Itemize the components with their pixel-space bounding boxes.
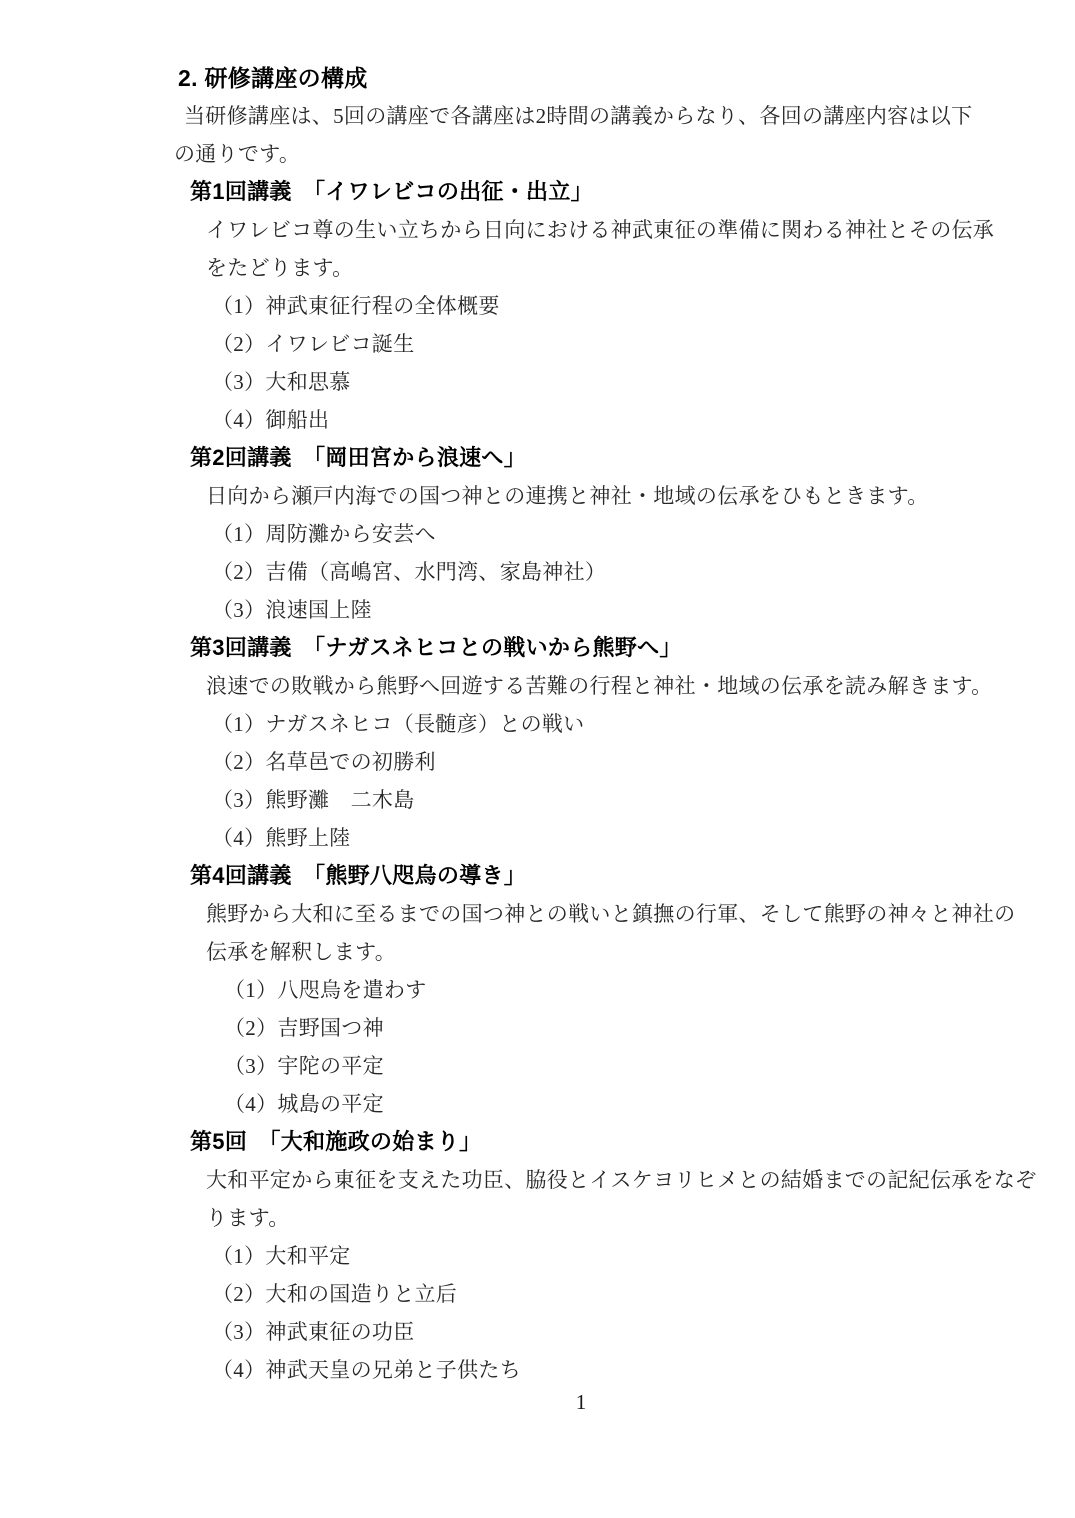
section-1-item-4: （4）御船出 <box>212 401 1075 439</box>
section-1-item-1: （1）神武東征行程の全体概要 <box>212 287 1075 325</box>
section-4-desc-line-1: 熊野から大和に至るまでの国つ神との戦いと鎮撫の行軍、そして熊野の神々と神社の <box>206 895 1075 933</box>
section-5-desc-line-2: ります。 <box>206 1199 1075 1237</box>
section-2-item-2: （2）吉備（高嶋宮、水門湾、家島神社） <box>212 553 1075 591</box>
section-4-item-2: （2）吉野国つ神 <box>224 1009 1075 1047</box>
section-4-item-3: （3）宇陀の平定 <box>224 1047 1075 1085</box>
section-3-title: 第3回講義 「ナガスネヒコとの戦いから熊野へ」 <box>190 629 1075 667</box>
section-4-item-1: （1）八咫烏を遣わす <box>224 971 1075 1009</box>
document-page: 2. 研修講座の構成 当研修講座は、5回の講座で各講座は2時間の講義からなり、各… <box>0 0 1075 1518</box>
section-2-item-3: （3）浪速国上陸 <box>212 591 1075 629</box>
section-3-item-4: （4）熊野上陸 <box>212 819 1075 857</box>
intro-line-2: の通りです。 <box>174 135 1075 173</box>
section-5-desc-line-1: 大和平定から東征を支えた功臣、脇役とイスケヨリヒメとの結婚までの記紀伝承をなぞ <box>206 1161 1075 1199</box>
section-1-title: 第1回講義 「イワレビコの出征・出立」 <box>190 173 1075 211</box>
section-2-item-1: （1）周防灘から安芸へ <box>212 515 1075 553</box>
section-3-desc-line-1: 浪速での敗戦から熊野へ回遊する苦難の行程と神社・地域の伝承を読み解きます。 <box>206 667 1075 705</box>
section-5-item-3: （3）神武東征の功臣 <box>212 1313 1075 1351</box>
section-3-item-1: （1）ナガスネヒコ（長髄彦）との戦い <box>212 705 1075 743</box>
section-4-desc-line-2: 伝承を解釈します。 <box>206 933 1075 971</box>
section-3-item-3: （3）熊野灘 二木島 <box>212 781 1075 819</box>
section-4-title: 第4回講義 「熊野八咫烏の導き」 <box>190 857 1075 895</box>
section-2-desc-line-1: 日向から瀬戸内海での国つ神との連携と神社・地域の伝承をひもときます。 <box>206 477 1075 515</box>
section-5-title: 第5回 「大和施政の始まり」 <box>190 1123 1075 1161</box>
section-5-item-1: （1）大和平定 <box>212 1237 1075 1275</box>
section-1-desc-line-2: をたどります。 <box>206 249 1075 287</box>
page-title: 2. 研修講座の構成 <box>178 59 1075 97</box>
section-5-item-2: （2）大和の国造りと立后 <box>212 1275 1075 1313</box>
intro-line-1: 当研修講座は、5回の講座で各講座は2時間の講義からなり、各回の講座内容は以下 <box>184 97 1075 135</box>
page-number: 1 <box>178 1383 984 1421</box>
section-1-item-2: （2）イワレビコ誕生 <box>212 325 1075 363</box>
section-1-desc-line-1: イワレビコ尊の生い立ちから日向における神武東征の準備に関わる神社とその伝承 <box>206 211 1075 249</box>
section-4-item-4: （4）城島の平定 <box>224 1085 1075 1123</box>
section-1-item-3: （3）大和思慕 <box>212 363 1075 401</box>
section-2-title: 第2回講義 「岡田宮から浪速へ」 <box>190 439 1075 477</box>
section-3-item-2: （2）名草邑での初勝利 <box>212 743 1075 781</box>
